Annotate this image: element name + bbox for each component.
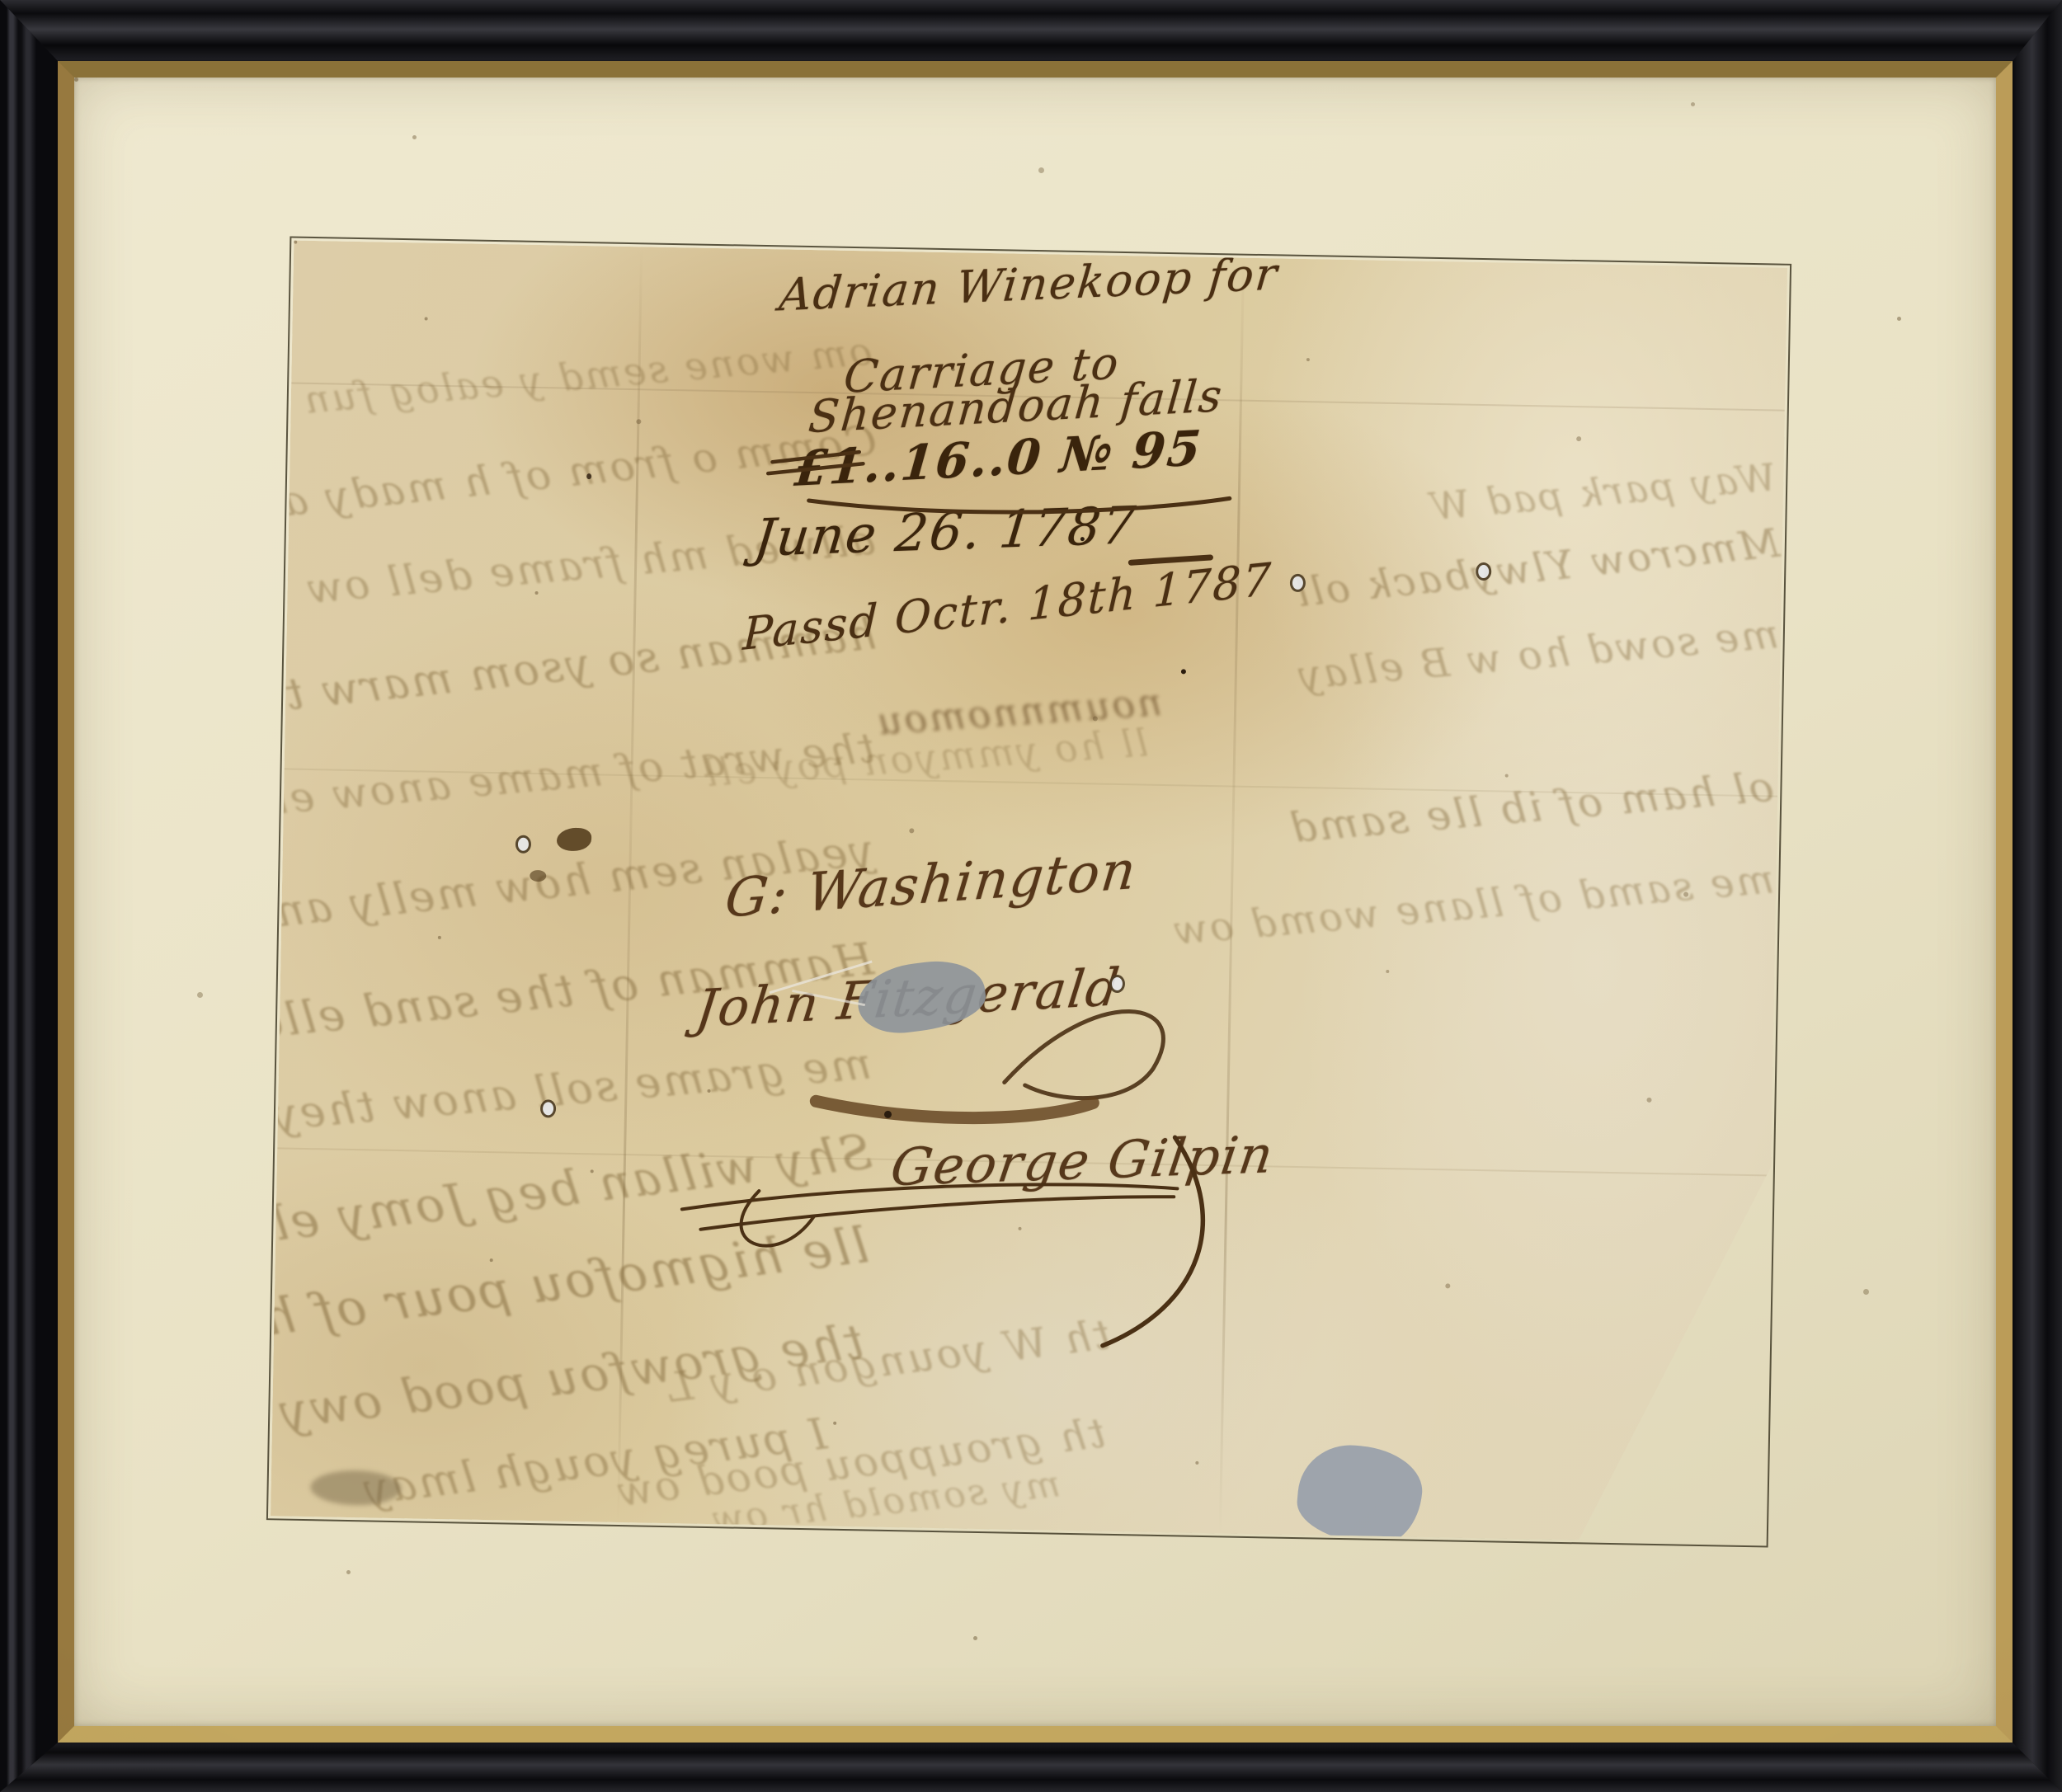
bleedthrough-text: ol ham of ib lle samd	[1114, 763, 1776, 868]
signature-gilpin: George Gilpin	[887, 1124, 1278, 1197]
framed-manuscript-photo: om wone semd y ealog fun Comm o from of …	[0, 0, 2062, 1792]
bleedthrough-text: Way park pad W	[1376, 454, 1778, 534]
mat-speckles	[74, 78, 78, 82]
frame-bottom	[0, 1743, 2062, 1792]
paper-loss-grey-patch	[1294, 1441, 1426, 1549]
mat-board: om wone semd y ealog fun Comm o from of …	[74, 78, 1996, 1726]
ink-blot	[530, 870, 546, 882]
foxing-speckles	[294, 241, 297, 244]
ink-dot	[1080, 537, 1085, 541]
bleedthrough-text: me grame soll anow they	[284, 1039, 873, 1139]
bleedthrough-text: om wone semd y ealog fun	[336, 329, 873, 420]
manuscript-line-date: June 26. 1787	[751, 495, 1140, 568]
bleedthrough-text: me samd of llane womd ow	[1201, 856, 1776, 952]
frame-top	[0, 0, 2062, 61]
ink-blot	[557, 828, 592, 852]
frame-left	[0, 0, 58, 1792]
frame-right	[2013, 0, 2062, 1792]
manuscript-line-payee: Adrian Winekoop for	[777, 247, 1281, 321]
ink-dot	[1181, 669, 1186, 674]
manuscript-paper: om wone semd y ealog fun Comm o from of …	[271, 241, 1787, 1544]
silver-fleck	[515, 835, 531, 854]
bleedthrough-text: Mmcrow Ylwyback oll	[1209, 520, 1782, 625]
bleedthrough-text: me sowd ho w B ellay	[1279, 611, 1781, 700]
manuscript-line-paid: Passd Octr. 18th 1787	[742, 553, 1273, 660]
mat-opening-line: om wone semd y ealog fun Comm o from of …	[266, 236, 1791, 1547]
silver-fleck	[1109, 975, 1125, 993]
ink-dot	[884, 1111, 892, 1118]
fold-crease-vertical-right	[1219, 258, 1245, 1534]
